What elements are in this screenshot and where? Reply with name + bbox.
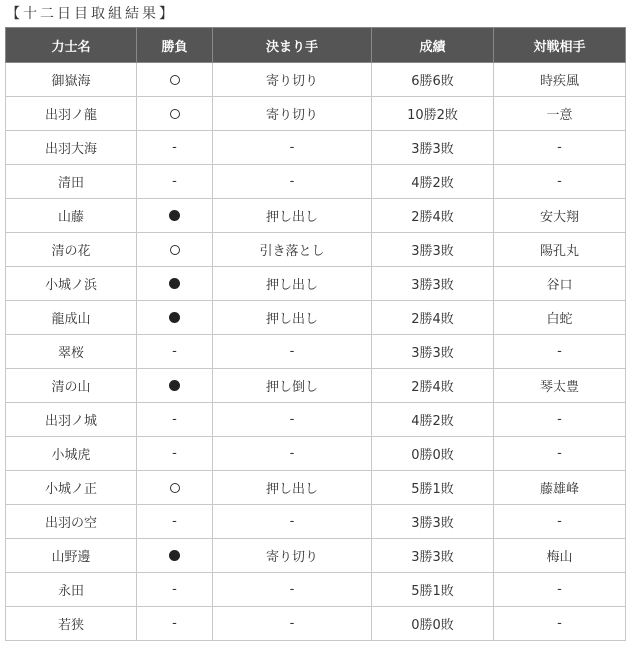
loss-circle-icon [169, 278, 180, 289]
cell-kimarite: - [213, 437, 372, 471]
table-row: 山野邊寄り切り3勝3敗梅山 [6, 539, 626, 573]
cell-rikishi-name: 小城虎 [6, 437, 137, 471]
table-row: 翠桜--3勝3敗- [6, 335, 626, 369]
cell-record: 3勝3敗 [372, 131, 494, 165]
cell-result [137, 97, 213, 131]
cell-rikishi-name: 清の花 [6, 233, 137, 267]
cell-kimarite: 押し倒し [213, 369, 372, 403]
cell-rikishi-name: 清の山 [6, 369, 137, 403]
cell-result [137, 301, 213, 335]
cell-record: 3勝3敗 [372, 233, 494, 267]
cell-opponent: 時疾風 [494, 63, 626, 97]
cell-kimarite: - [213, 165, 372, 199]
loss-circle-icon [169, 380, 180, 391]
header-result: 勝負 [137, 28, 213, 63]
cell-record: 4勝2敗 [372, 165, 494, 199]
cell-result: - [137, 131, 213, 165]
cell-kimarite: 押し出し [213, 199, 372, 233]
cell-opponent: 藤雄峰 [494, 471, 626, 505]
cell-record: 3勝3敗 [372, 335, 494, 369]
cell-opponent: - [494, 165, 626, 199]
cell-rikishi-name: 御嶽海 [6, 63, 137, 97]
cell-kimarite: 押し出し [213, 301, 372, 335]
cell-record: 4勝2敗 [372, 403, 494, 437]
cell-rikishi-name: 龍成山 [6, 301, 137, 335]
table-row: 若狭--0勝0敗- [6, 607, 626, 641]
table-row: 清田--4勝2敗- [6, 165, 626, 199]
cell-opponent: 谷口 [494, 267, 626, 301]
table-row: 小城ノ正押し出し5勝1敗藤雄峰 [6, 471, 626, 505]
table-body: 御嶽海寄り切り6勝6敗時疾風出羽ノ龍寄り切り10勝2敗一意出羽大海--3勝3敗-… [6, 63, 626, 641]
cell-kimarite: - [213, 335, 372, 369]
page-title: 【十二日目取組結果】 [6, 4, 176, 24]
table-row: 出羽の空--3勝3敗- [6, 505, 626, 539]
loss-circle-icon [169, 312, 180, 323]
cell-result [137, 233, 213, 267]
results-table: 力士名 勝負 決まり手 成績 対戦相手 御嶽海寄り切り6勝6敗時疾風出羽ノ龍寄り… [5, 27, 626, 641]
header-opponent: 対戦相手 [494, 28, 626, 63]
cell-record: 3勝3敗 [372, 267, 494, 301]
cell-opponent: - [494, 403, 626, 437]
cell-kimarite: - [213, 403, 372, 437]
table-row: 小城ノ浜押し出し3勝3敗谷口 [6, 267, 626, 301]
table-row: 出羽大海--3勝3敗- [6, 131, 626, 165]
header-kimarite: 決まり手 [213, 28, 372, 63]
cell-record: 5勝1敗 [372, 573, 494, 607]
table-row: 清の花引き落とし3勝3敗陽孔丸 [6, 233, 626, 267]
cell-record: 2勝4敗 [372, 301, 494, 335]
win-circle-icon [170, 109, 180, 119]
cell-result [137, 369, 213, 403]
header-record: 成績 [372, 28, 494, 63]
cell-record: 2勝4敗 [372, 369, 494, 403]
cell-result: - [137, 403, 213, 437]
cell-rikishi-name: 小城ノ浜 [6, 267, 137, 301]
cell-result: - [137, 505, 213, 539]
cell-opponent: - [494, 131, 626, 165]
table-row: 小城虎--0勝0敗- [6, 437, 626, 471]
cell-opponent: 白蛇 [494, 301, 626, 335]
cell-rikishi-name: 出羽の空 [6, 505, 137, 539]
cell-kimarite: - [213, 505, 372, 539]
cell-record: 3勝3敗 [372, 505, 494, 539]
cell-opponent: 陽孔丸 [494, 233, 626, 267]
cell-kimarite: 押し出し [213, 267, 372, 301]
cell-result [137, 471, 213, 505]
cell-kimarite: 押し出し [213, 471, 372, 505]
cell-opponent: - [494, 607, 626, 641]
cell-record: 0勝0敗 [372, 437, 494, 471]
cell-record: 6勝6敗 [372, 63, 494, 97]
table-row: 出羽ノ城--4勝2敗- [6, 403, 626, 437]
cell-rikishi-name: 若狭 [6, 607, 137, 641]
table-row: 永田--5勝1敗- [6, 573, 626, 607]
cell-kimarite: 寄り切り [213, 63, 372, 97]
win-circle-icon [170, 75, 180, 85]
cell-rikishi-name: 永田 [6, 573, 137, 607]
cell-kimarite: - [213, 607, 372, 641]
cell-rikishi-name: 山野邊 [6, 539, 137, 573]
win-circle-icon [170, 483, 180, 493]
cell-record: 5勝1敗 [372, 471, 494, 505]
table-row: 出羽ノ龍寄り切り10勝2敗一意 [6, 97, 626, 131]
cell-result: - [137, 335, 213, 369]
cell-opponent: 梅山 [494, 539, 626, 573]
cell-kimarite: 引き落とし [213, 233, 372, 267]
cell-result [137, 63, 213, 97]
table-row: 龍成山押し出し2勝4敗白蛇 [6, 301, 626, 335]
cell-rikishi-name: 翠桜 [6, 335, 137, 369]
table-row: 山藤押し出し2勝4敗安大翔 [6, 199, 626, 233]
loss-circle-icon [169, 550, 180, 561]
cell-kimarite: - [213, 573, 372, 607]
cell-opponent: 一意 [494, 97, 626, 131]
win-circle-icon [170, 245, 180, 255]
cell-record: 10勝2敗 [372, 97, 494, 131]
cell-result: - [137, 165, 213, 199]
cell-rikishi-name: 山藤 [6, 199, 137, 233]
cell-rikishi-name: 出羽ノ龍 [6, 97, 137, 131]
cell-rikishi-name: 清田 [6, 165, 137, 199]
cell-result: - [137, 573, 213, 607]
cell-kimarite: - [213, 131, 372, 165]
cell-record: 0勝0敗 [372, 607, 494, 641]
table-row: 清の山押し倒し2勝4敗琴太豊 [6, 369, 626, 403]
cell-rikishi-name: 小城ノ正 [6, 471, 137, 505]
cell-record: 3勝3敗 [372, 539, 494, 573]
cell-result [137, 539, 213, 573]
cell-result: - [137, 607, 213, 641]
loss-circle-icon [169, 210, 180, 221]
cell-opponent: - [494, 573, 626, 607]
cell-opponent: 安大翔 [494, 199, 626, 233]
cell-opponent: - [494, 505, 626, 539]
cell-opponent: - [494, 335, 626, 369]
cell-result [137, 267, 213, 301]
cell-record: 2勝4敗 [372, 199, 494, 233]
cell-kimarite: 寄り切り [213, 97, 372, 131]
table-row: 御嶽海寄り切り6勝6敗時疾風 [6, 63, 626, 97]
cell-opponent: 琴太豊 [494, 369, 626, 403]
cell-result [137, 199, 213, 233]
cell-result: - [137, 437, 213, 471]
cell-opponent: - [494, 437, 626, 471]
header-rikishi: 力士名 [6, 28, 137, 63]
cell-kimarite: 寄り切り [213, 539, 372, 573]
table-header-row: 力士名 勝負 決まり手 成績 対戦相手 [6, 28, 626, 63]
cell-rikishi-name: 出羽ノ城 [6, 403, 137, 437]
cell-rikishi-name: 出羽大海 [6, 131, 137, 165]
